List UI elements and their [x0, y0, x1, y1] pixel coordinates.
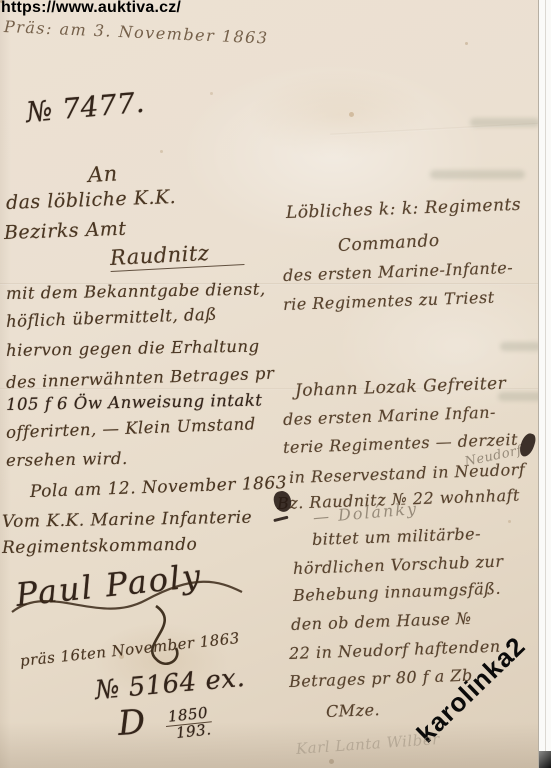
scanned-letter-photo: https://www.auktiva.cz/ karolinka2 Präs:… — [0, 0, 551, 768]
corner-shadow — [539, 751, 551, 768]
auction-site-url-watermark: https://www.auktiva.cz/ — [1, 0, 181, 17]
body-line: ersehen wird. — [6, 449, 128, 470]
sender-line: Regimentskommando — [2, 535, 198, 558]
addressee-line: Bezirks Amt — [4, 218, 127, 244]
paper-edge-line — [545, 0, 546, 768]
petition-line: CMze. — [326, 700, 381, 721]
salutation: An — [87, 161, 118, 187]
registry-fraction: 1850 193. — [164, 705, 213, 742]
registry-letter: D — [117, 702, 147, 744]
